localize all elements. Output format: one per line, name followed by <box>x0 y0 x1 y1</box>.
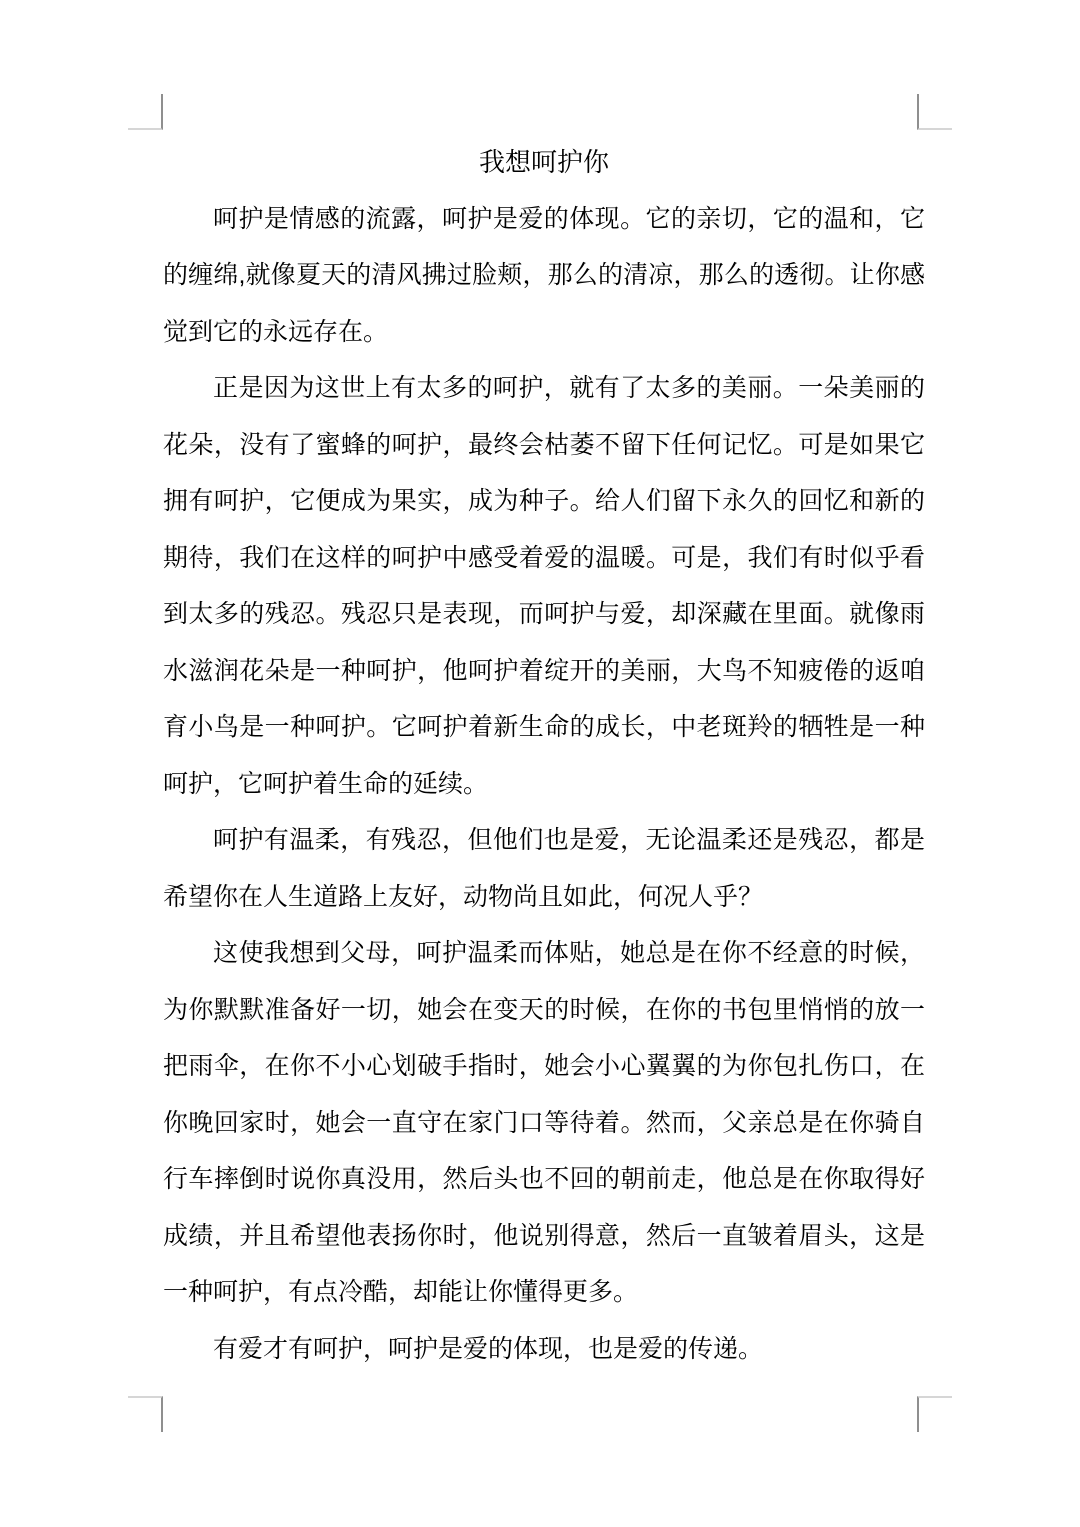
paragraph: 呵护是情感的流露，呵护是爱的体现。它的亲切，它的温和，它的缠绵,就像夏天的清风拂… <box>163 191 925 361</box>
text-line: 这使我想到父母，呵护温柔而体贴，她总是在你不经意的时候， <box>163 925 925 982</box>
paragraph: 呵护有温柔，有残忍，但他们也是爱，无论温柔还是残忍，都是希望你在人生道路上友好，… <box>163 812 925 925</box>
text-line: 到太多的残忍。残忍只是表现，而呵护与爱，却深藏在里面。就像雨 <box>163 586 925 643</box>
text-line: 呵护有温柔，有残忍，但他们也是爱，无论温柔还是残忍，都是 <box>163 812 925 869</box>
margin-corner-mark-bottom-right <box>917 1396 952 1432</box>
text-line: 水滋润花朵是一种呵护，他呵护着绽开的美丽，大鸟不知疲倦的返咱 <box>163 643 925 700</box>
margin-corner-mark-top-right <box>917 94 952 130</box>
text-line: 正是因为这世上有太多的呵护，就有了太多的美丽。一朵美丽的 <box>163 360 925 417</box>
text-line: 有爱才有呵护，呵护是爱的体现，也是爱的传递。 <box>163 1321 925 1378</box>
document-page: 我想呵护你 呵护是情感的流露，呵护是爱的体现。它的亲切，它的温和，它的缠绵,就像… <box>0 0 1080 1527</box>
paragraphs-container: 呵护是情感的流露，呵护是爱的体现。它的亲切，它的温和，它的缠绵,就像夏天的清风拂… <box>163 191 925 1378</box>
text-line: 拥有呵护，它便成为果实，成为种子。给人们留下永久的回忆和新的 <box>163 473 925 530</box>
text-line: 觉到它的永远存在。 <box>163 304 925 361</box>
text-line: 育小鸟是一种呵护。它呵护着新生命的成长，中老斑羚的牺牲是一种 <box>163 699 925 756</box>
text-line: 行车摔倒时说你真没用，然后头也不回的朝前走，他总是在你取得好 <box>163 1151 925 1208</box>
paragraph: 这使我想到父母，呵护温柔而体贴，她总是在你不经意的时候，为你默默准备好一切，她会… <box>163 925 925 1321</box>
text-line: 希望你在人生道路上友好，动物尚且如此，何况人乎？ <box>163 869 925 926</box>
text-line: 为你默默准备好一切，她会在变天的时候，在你的书包里悄悄的放一 <box>163 982 925 1039</box>
text-line: 呵护是情感的流露，呵护是爱的体现。它的亲切，它的温和，它 <box>163 191 925 248</box>
text-line: 一种呵护，有点冷酷，却能让你懂得更多。 <box>163 1264 925 1321</box>
margin-corner-mark-top-left <box>128 94 163 130</box>
text-line: 花朵，没有了蜜蜂的呵护，最终会枯萎不留下任何记忆。可是如果它 <box>163 417 925 474</box>
document-title: 我想呵护你 <box>163 134 925 191</box>
text-line: 你晚回家时，她会一直守在家门口等待着。然而，父亲总是在你骑自 <box>163 1095 925 1152</box>
text-line: 呵护，它呵护着生命的延续。 <box>163 756 925 813</box>
paragraph: 正是因为这世上有太多的呵护，就有了太多的美丽。一朵美丽的花朵，没有了蜜蜂的呵护，… <box>163 360 925 812</box>
text-line: 期待，我们在这样的呵护中感受着爱的温暖。可是，我们有时似乎看 <box>163 530 925 587</box>
text-line: 把雨伞，在你不小心划破手指时，她会小心翼翼的为你包扎伤口，在 <box>163 1038 925 1095</box>
paragraph: 有爱才有呵护，呵护是爱的体现，也是爱的传递。 <box>163 1321 925 1378</box>
text-line: 的缠绵,就像夏天的清风拂过脸颊，那么的清凉，那么的透彻。让你感 <box>163 247 925 304</box>
margin-corner-mark-bottom-left <box>128 1396 163 1432</box>
document-body: 我想呵护你 呵护是情感的流露，呵护是爱的体现。它的亲切，它的温和，它的缠绵,就像… <box>163 134 925 1377</box>
text-line: 成绩，并且希望他表扬你时，他说别得意，然后一直皱着眉头，这是 <box>163 1208 925 1265</box>
